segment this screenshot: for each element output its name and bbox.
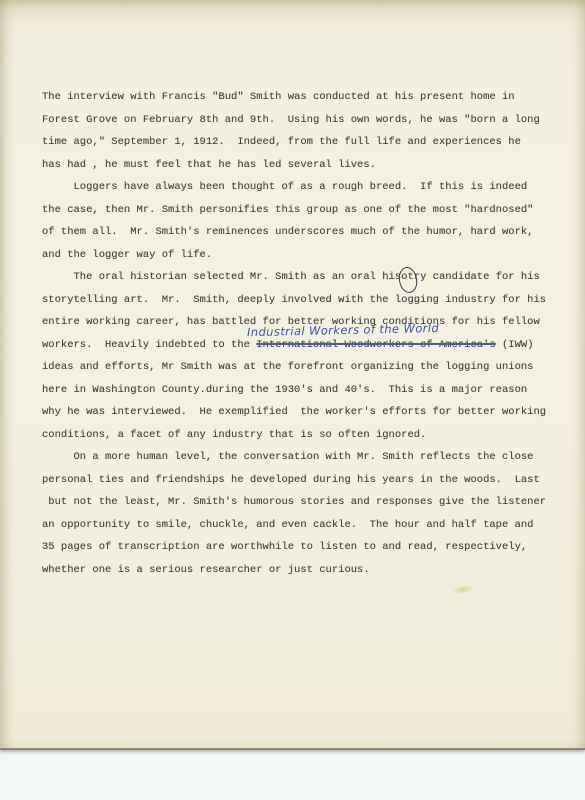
- typed-line: On a more human level, the conversation …: [42, 446, 552, 469]
- typed-line-with-transposition: The oral historian selected Mr. Smith as…: [42, 266, 552, 289]
- strikethrough-text: International Woodworkers of America's: [256, 339, 495, 351]
- typed-text-block: The interview with Francis "Bud" Smith w…: [42, 86, 552, 581]
- typed-line: conditions, a facet of any industry that…: [42, 424, 552, 447]
- paragraph-1: The interview with Francis "Bud" Smith w…: [42, 86, 552, 176]
- typed-line: an opportunity to smile, chuckle, and ev…: [42, 514, 552, 537]
- line-segment: (IWW): [496, 339, 534, 351]
- paper-stain: [451, 583, 474, 596]
- typed-line: storytelling art. Mr. Smith, deeply invo…: [42, 289, 552, 312]
- line-segment: ry candidate for his: [414, 271, 540, 283]
- typed-line-with-strikethrough: workers. Heavily indebted to the Interna…: [42, 334, 552, 357]
- scanner-background: [0, 750, 585, 800]
- typed-line: The interview with Francis "Bud" Smith w…: [42, 86, 552, 109]
- paragraph-4: On a more human level, the conversation …: [42, 446, 552, 581]
- typed-line: the case, then Mr. Smith personifies thi…: [42, 199, 552, 222]
- scanned-image: The interview with Francis "Bud" Smith w…: [0, 0, 585, 800]
- typed-line: and the logger way of life.: [42, 244, 552, 267]
- typed-line: of them all. Mr. Smith's reminences unde…: [42, 221, 552, 244]
- typed-line: 35 pages of transcription are worthwhile…: [42, 536, 552, 559]
- line-segment: workers. Heavily indebted to the: [42, 339, 256, 351]
- typed-line: whether one is a serious researcher or j…: [42, 559, 552, 582]
- typed-line: here in Washington County.during the 193…: [42, 379, 552, 402]
- transposition-mark: ot: [401, 266, 414, 289]
- typed-line: ideas and efforts, Mr Smith was at the f…: [42, 356, 552, 379]
- document-page: The interview with Francis "Bud" Smith w…: [0, 0, 585, 750]
- line-segment: The oral historian selected Mr. Smith as…: [42, 271, 401, 283]
- paragraph-2: Loggers have always been thought of as a…: [42, 176, 552, 266]
- typed-line: but not the least, Mr. Smith's humorous …: [42, 491, 552, 514]
- typed-line: personal ties and friendships he develop…: [42, 469, 552, 492]
- typed-line: Forest Grove on February 8th and 9th. Us…: [42, 109, 552, 132]
- paragraph-3: The oral historian selected Mr. Smith as…: [42, 266, 552, 446]
- typed-line: why he was interviewed. He exemplified t…: [42, 401, 552, 424]
- typed-line: time ago," September 1, 1912. Indeed, fr…: [42, 131, 552, 154]
- typed-line: has had , he must feel that he has led s…: [42, 154, 552, 177]
- typed-line: Loggers have always been thought of as a…: [42, 176, 552, 199]
